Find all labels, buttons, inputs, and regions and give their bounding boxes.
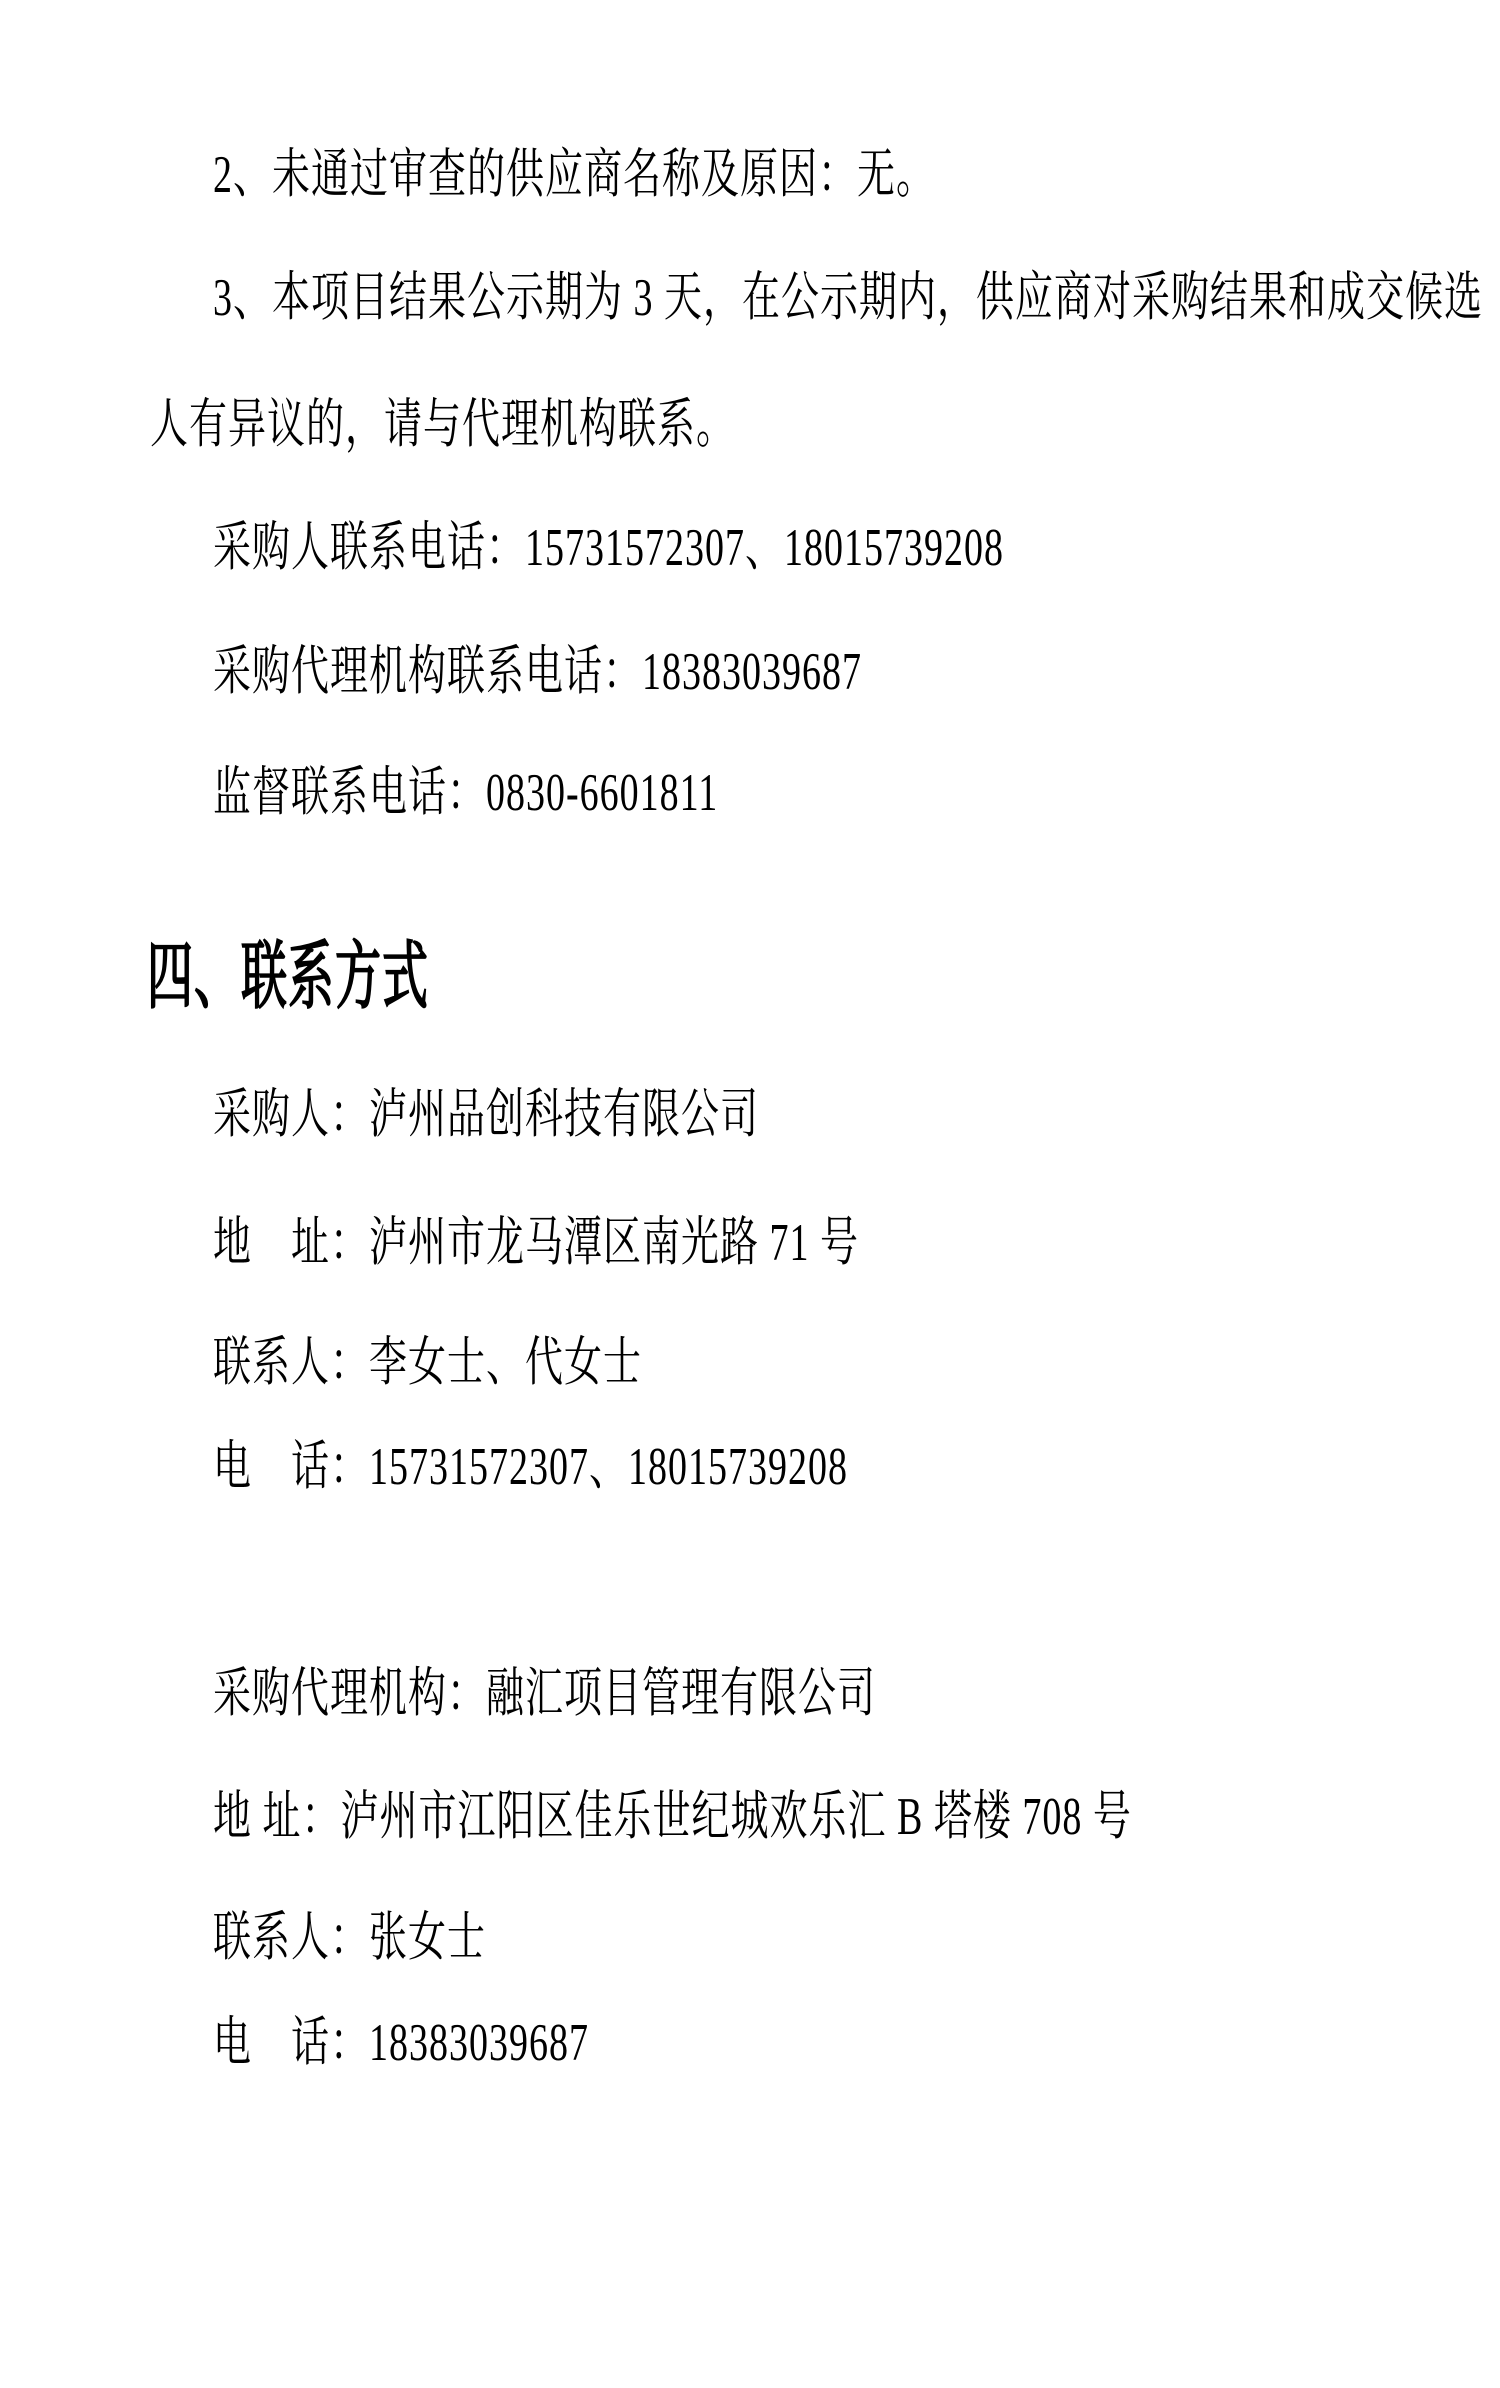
note-item-3-line-2: 人有异议的，请与代理机构联系。 [150,398,735,451]
section-heading-contact-info: 四、联系方式 [147,936,429,1016]
agency-contact-person-line: 联系人：张女士 [213,1911,486,1964]
agency-name-line: 采购代理机构：融汇项目管理有限公司 [213,1667,876,1720]
agency-tel-line: 电 话：18383039687 [213,2016,589,2069]
document-page: 2、未通过审查的供应商名称及原因：无。 3、本项目结果公示期为 3 天，在公示期… [0,0,1500,2388]
purchaser-contact-person-line: 联系人：李女士、代女士 [213,1336,642,1389]
note-item-2: 2、未通过审查的供应商名称及原因：无。 [213,148,935,201]
supervision-phone-line: 监督联系电话：0830-6601811 [213,766,718,819]
purchaser-name-line: 采购人：泸州品创科技有限公司 [213,1088,759,1141]
note-item-3-line-1: 3、本项目结果公示期为 3 天，在公示期内，供应商对采购结果和成交候选 [213,271,1483,324]
purchaser-phone-line: 采购人联系电话：15731572307、18015739208 [213,521,1004,574]
agency-address-line: 地 址：泸州市江阳区佳乐世纪城欢乐汇 B 塔楼 708 号 [213,1790,1132,1843]
purchaser-tel-line: 电 话：15731572307、18015739208 [213,1440,848,1493]
agency-phone-line: 采购代理机构联系电话：18383039687 [213,645,862,698]
purchaser-address-line: 地 址：泸州市龙马潭区南光路 71 号 [213,1216,859,1269]
